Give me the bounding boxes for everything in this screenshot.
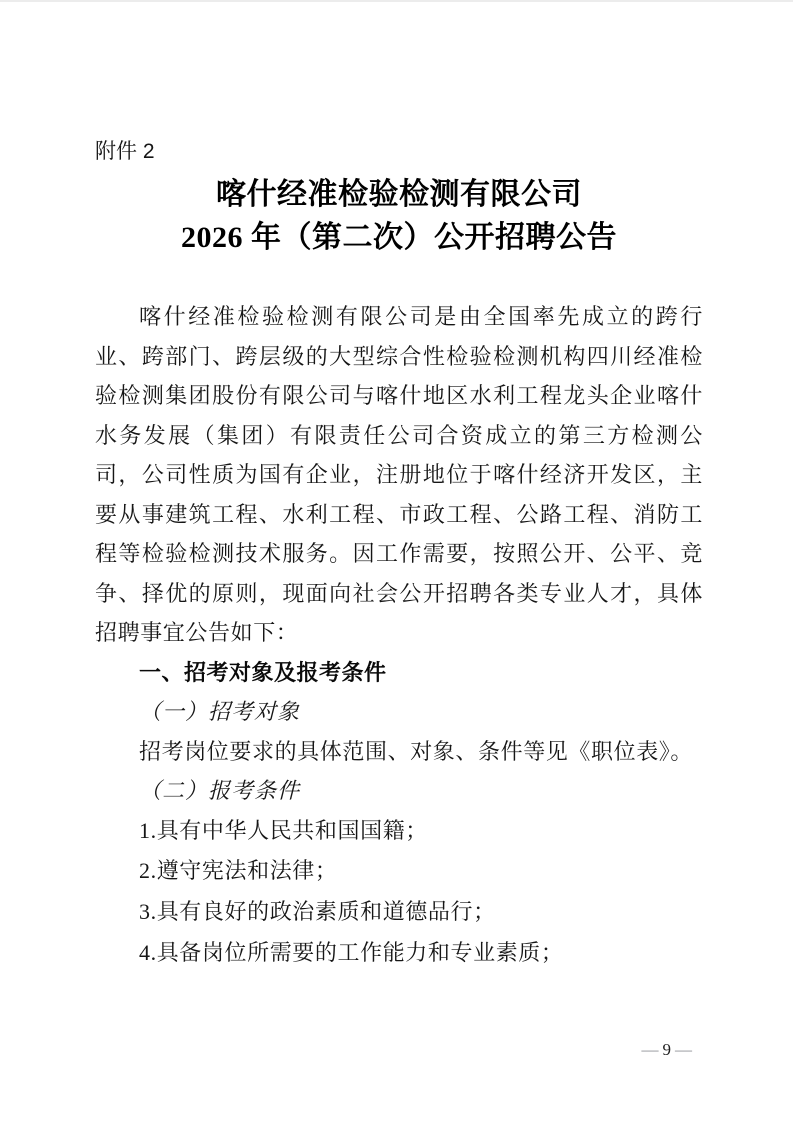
section1-sub1-text: 招考岗位要求的具体范围、对象、条件等见《职位表》。	[95, 732, 703, 772]
condition-item-1: 1.具有中华人民共和国国籍；	[95, 811, 703, 852]
condition-item-2: 2.遵守宪法和法律；	[95, 851, 703, 892]
page-number-left-dash: —	[642, 1040, 660, 1059]
document-page: 附件 2 喀什经准检验检测有限公司 2026 年（第二次）公开招聘公告 喀什经准…	[0, 0, 793, 1122]
section1-sub2-heading: （二）报考条件	[95, 771, 703, 811]
page-number-value: 9	[660, 1040, 676, 1059]
condition-item-4: 4.具备岗位所需要的工作能力和专业素质；	[95, 933, 703, 974]
intro-paragraph: 喀什经准检验检测有限公司是由全国率先成立的跨行业、跨部门、跨层级的大型综合性检验…	[95, 297, 703, 653]
section1-sub1-heading: （一）招考对象	[95, 692, 703, 732]
page-number: —9—	[642, 1038, 694, 1062]
condition-item-3: 3.具有良好的政治素质和道德品行；	[95, 892, 703, 933]
attachment-label: 附件 2	[95, 139, 703, 165]
document-title-line2: 2026 年（第二次）公开招聘公告	[95, 216, 703, 259]
page-number-right-dash: —	[675, 1040, 693, 1059]
section1-heading: 一、招考对象及报考条件	[95, 653, 703, 693]
document-title-line1: 喀什经准检验检测有限公司	[95, 173, 703, 216]
document-title: 喀什经准检验检测有限公司 2026 年（第二次）公开招聘公告	[95, 173, 703, 259]
